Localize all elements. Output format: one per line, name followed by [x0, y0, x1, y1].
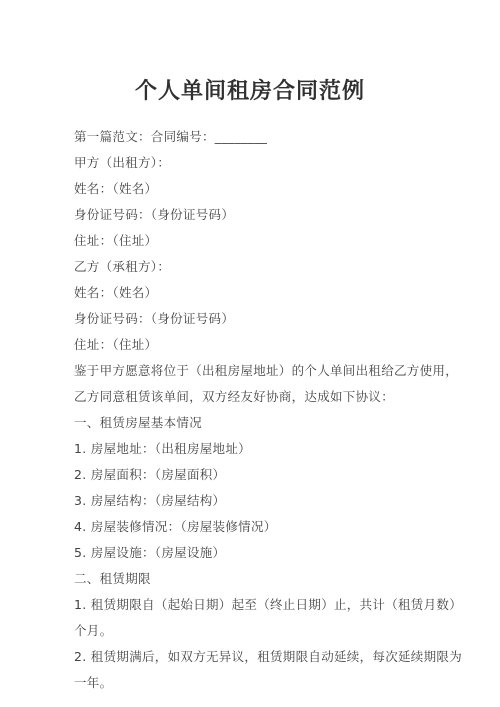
section-heading-lease-term: 二、租赁期限 [74, 566, 470, 592]
document-title: 个人单间租房合同范例 [0, 0, 500, 107]
document-body: 第一篇范文：合同编号：________ 甲方（出租方）： 姓名：（姓名） 身份证… [74, 124, 470, 696]
line-house-decoration: 4. 房屋装修情况：（房屋装修情况） [74, 514, 470, 540]
contract-document-page: 个人单间租房合同范例 第一篇范文：合同编号：________ 甲方（出租方）： … [0, 0, 500, 707]
line-party-b-id: 身份证号码：（身份证号码） [74, 306, 470, 332]
line-party-a-id: 身份证号码：（身份证号码） [74, 202, 470, 228]
line-lease-term: 1. 租赁期限自（起始日期）起至（终止日期）止，共计（租赁月数）个月。 [74, 592, 470, 644]
line-house-address: 1. 房屋地址：（出租房屋地址） [74, 436, 470, 462]
line-lease-renewal: 2. 租赁期满后，如双方无异议，租赁期限自动延续，每次延续期限为一年。 [74, 644, 470, 696]
line-party-a-address: 住址：（住址） [74, 228, 470, 254]
line-party-a-heading: 甲方（出租方）： [74, 150, 470, 176]
section-heading-basic-info: 一、租赁房屋基本情况 [74, 410, 470, 436]
line-contract-number: 第一篇范文：合同编号：________ [74, 124, 470, 150]
line-party-b-heading: 乙方（承租方）： [74, 254, 470, 280]
paragraph-preamble: 鉴于甲方愿意将位于（出租房屋地址）的个人单间出租给乙方使用，乙方同意租赁该单间，… [74, 358, 470, 410]
line-party-a-name: 姓名：（姓名） [74, 176, 470, 202]
line-party-b-name: 姓名：（姓名） [74, 280, 470, 306]
line-house-area: 2. 房屋面积：（房屋面积） [74, 462, 470, 488]
line-house-structure: 3. 房屋结构：（房屋结构） [74, 488, 470, 514]
line-house-facilities: 5. 房屋设施：（房屋设施） [74, 540, 470, 566]
line-party-b-address: 住址：（住址） [74, 332, 470, 358]
